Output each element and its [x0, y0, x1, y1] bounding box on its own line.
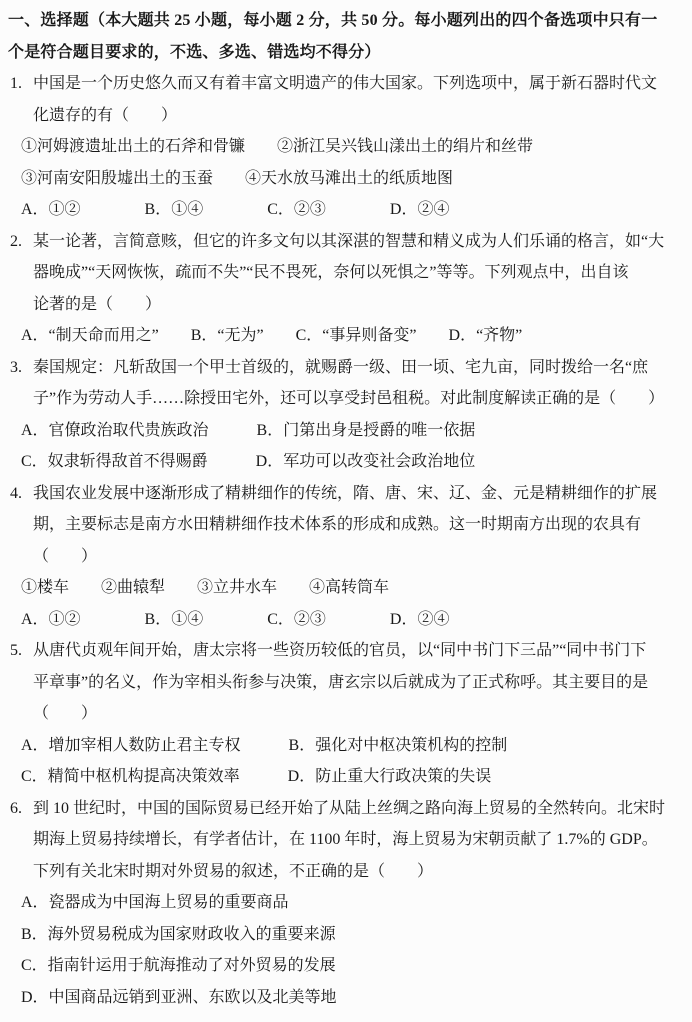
- question-stem-line: 论著的是（ ）: [33, 289, 684, 321]
- question-6: 6. 到 10 世纪时，中国的国际贸易已经开始了从陆上丝绸之路向海上贸易的全然转…: [8, 793, 684, 1014]
- question-stem-line: 下列有关北宋时期对外贸易的叙述，不正确的是（ ）: [33, 856, 684, 888]
- question-5: 5. 从唐代贞观年间开始，唐太宗将一些资历较低的官员，以“同中书门下三品”“同中…: [8, 635, 684, 793]
- question-stem-line: 某一论著，言简意赅，但它的许多文句以其深湛的智慧和精义成为人们乐诵的格言，如“大: [33, 226, 684, 258]
- section-header-line: 个是符合题目要求的，不选、多选、错选均不得分）: [8, 37, 684, 69]
- question-stem-line: 子”作为劳动人手……除授田宅外，还可以享受封邑租税。对此制度解读正确的是（ ）: [33, 383, 684, 415]
- option-row: A．“制天命而用之” B．“无为” C．“事异则备变” D．“齐物”: [21, 320, 684, 352]
- option-row: C．奴隶斩得敌首不得赐爵 D．军功可以改变社会政治地位: [21, 446, 684, 478]
- question-stem-line: 到 10 世纪时，中国的国际贸易已经开始了从陆上丝绸之路向海上贸易的全然转向。北…: [33, 793, 684, 825]
- question-1: 1. 中国是一个历史悠久而又有着丰富文明遗产的伟大国家。下列选项中，属于新石器时…: [8, 68, 684, 226]
- question-stem-line: 平章事”的名义，作为宰相头衔参与决策，唐玄宗以后就成为了正式称呼。其主要目的是: [33, 667, 684, 699]
- question-stem-line: 器晚成”“天网恢恢，疏而不失”“民不畏死，奈何以死惧之”等等。下列观点中，出自该: [33, 257, 684, 289]
- question-stem-line: 期，主要标志是南方水田精耕细作技术体系的形成和成熟。这一时期南方出现的农具有: [33, 509, 684, 541]
- answer-blank: （ ）: [33, 541, 684, 573]
- option-row: A．增加宰相人数防止君主专权 B．强化对中枢决策机构的控制: [21, 730, 684, 762]
- question-3: 3. 秦国规定：凡斩敌国一个甲士首级的，就赐爵一级、田一顷、宅九亩，同时拨给一名…: [8, 352, 684, 478]
- exam-page: 一、选择题（本大题共 25 小题，每小题 2 分，共 50 分。每小题列出的四个…: [0, 0, 692, 1013]
- question-item-row: ③河南安阳殷墟出土的玉蚕 ④天水放马滩出土的纸质地图: [21, 163, 684, 195]
- question-number: 6.: [10, 793, 22, 825]
- option-row: C．精简中枢机构提高决策效率 D．防止重大行政决策的失误: [21, 761, 684, 793]
- option-row: A．①② B．①④ C．②③ D．②④: [21, 194, 684, 226]
- question-stem-line: 从唐代贞观年间开始，唐太宗将一些资历较低的官员，以“同中书门下三品”“同中书门下: [33, 635, 684, 667]
- question-stem-line: 期海上贸易持续增长，有学者估计，在 1100 年时，海上贸易为宋朝贡献了 1.7…: [33, 824, 684, 856]
- question-number: 2.: [10, 226, 22, 258]
- option-row: A．①② B．①④ C．②③ D．②④: [21, 604, 684, 636]
- section-header-line: 一、选择题（本大题共 25 小题，每小题 2 分，共 50 分。每小题列出的四个…: [8, 5, 684, 37]
- option-row: C．指南针运用于航海推动了对外贸易的发展: [21, 950, 684, 982]
- answer-blank: （ ）: [33, 698, 684, 730]
- question-4: 4. 我国农业发展中逐渐形成了精耕细作的传统，隋、唐、宋、辽、金、元是精耕细作的…: [8, 478, 684, 636]
- question-stem-line: 我国农业发展中逐渐形成了精耕细作的传统，隋、唐、宋、辽、金、元是精耕细作的扩展: [33, 478, 684, 510]
- question-stem-line: 中国是一个历史悠久而又有着丰富文明遗产的伟大国家。下列选项中，属于新石器时代文: [33, 68, 684, 100]
- question-number: 3.: [10, 352, 22, 384]
- question-number: 4.: [10, 478, 22, 510]
- option-row: A．官僚政治取代贵族政治 B．门第出身是授爵的唯一依据: [21, 415, 684, 447]
- question-2: 2. 某一论著，言简意赅，但它的许多文句以其深湛的智慧和精义成为人们乐诵的格言，…: [8, 226, 684, 352]
- question-stem-line: 秦国规定：凡斩敌国一个甲士首级的，就赐爵一级、田一顷、宅九亩，同时拨给一名“庶: [33, 352, 684, 384]
- question-stem-line: 化遗存的有（ ）: [33, 100, 684, 132]
- section-header: 一、选择题（本大题共 25 小题，每小题 2 分，共 50 分。每小题列出的四个…: [8, 5, 684, 68]
- question-item-row: ①河姆渡遗址出土的石斧和骨镰 ②浙江吴兴钱山漾出土的绢片和丝带: [21, 131, 684, 163]
- option-row: B．海外贸易税成为国家财政收入的重要来源: [21, 919, 684, 951]
- option-row: D．中国商品远销到亚洲、东欧以及北美等地: [21, 982, 684, 1014]
- question-item-row: ①楼车 ②曲辕犁 ③立井水车 ④高转筒车: [21, 572, 684, 604]
- question-number: 1.: [10, 68, 22, 100]
- question-number: 5.: [10, 635, 22, 667]
- option-row: A．瓷器成为中国海上贸易的重要商品: [21, 887, 684, 919]
